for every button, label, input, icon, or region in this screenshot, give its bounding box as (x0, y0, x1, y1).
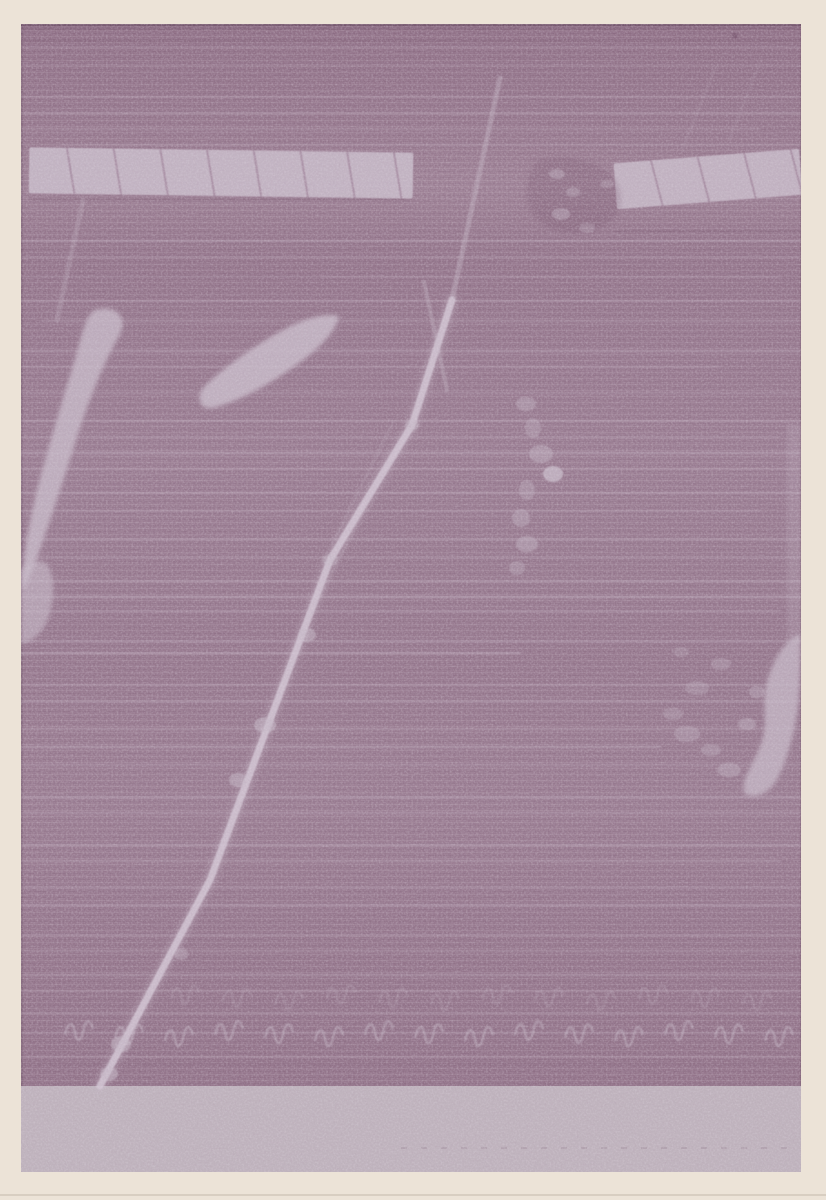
light-streak (21, 652, 521, 654)
light-streak (21, 844, 801, 846)
speckle-dot (552, 208, 570, 220)
speckle-dot (100, 1067, 118, 1081)
dark-streak (21, 28, 801, 30)
diagonal-pole (100, 300, 452, 1086)
dark-streak (21, 40, 801, 42)
walkway-band-top-left (29, 147, 414, 198)
faint-diagonal-segment (424, 282, 447, 390)
speckle-dot (663, 708, 683, 720)
light-streak (21, 64, 801, 66)
light-streak (21, 46, 801, 48)
light-streak (21, 746, 661, 748)
speckle-dot (174, 948, 188, 960)
light-streak (21, 700, 801, 702)
speckle-dot (254, 717, 276, 733)
light-streak (61, 144, 801, 146)
speckle-dot (516, 536, 538, 552)
center-comma-patch (199, 315, 339, 408)
dark-streak (29, 198, 413, 200)
light-streak (21, 610, 781, 612)
faint-diagonal-segment (332, 425, 392, 544)
light-streak (21, 256, 801, 258)
light-streak (21, 452, 801, 454)
light-streak (21, 392, 801, 394)
speckle-dot (516, 397, 536, 411)
faint-diagonal-segment (452, 78, 500, 300)
light-streak (21, 538, 801, 540)
speckle-dot (529, 445, 553, 463)
pole-halo (100, 300, 452, 1086)
light-streak (21, 934, 801, 936)
art-paper (0, 0, 826, 1200)
faint-diagonal-segment (57, 200, 83, 320)
light-streak (21, 276, 781, 278)
art-print (21, 24, 801, 1172)
speckle-dot (674, 726, 700, 742)
speckle-dot (405, 419, 419, 431)
speckle-dot (525, 418, 541, 438)
speckle-dot (579, 223, 595, 233)
right-edge-patch (744, 634, 801, 796)
right-edge-strip (787, 424, 801, 644)
light-streak (21, 96, 801, 98)
light-streak (21, 366, 721, 368)
light-streak (21, 1056, 801, 1058)
speckle-dot (322, 554, 338, 566)
left-arc-patch (23, 309, 123, 592)
speckle-dot (701, 744, 721, 756)
left-tail-patch (21, 561, 53, 644)
light-streak (21, 492, 801, 494)
light-streak (41, 320, 801, 322)
light-streak (21, 112, 801, 114)
faint-diagonal-segment (729, 60, 761, 140)
speckle-dot (111, 1036, 131, 1052)
light-streak (21, 350, 801, 352)
speckle-dot (673, 647, 689, 657)
light-streak (21, 510, 761, 512)
light-streak (21, 860, 781, 862)
speckle-dot (600, 180, 614, 188)
speckle-dot (732, 33, 738, 39)
speckle-dot (711, 658, 731, 670)
light-streak (21, 240, 801, 242)
light-streak (21, 990, 801, 992)
light-streak (21, 640, 801, 642)
speckle-dot (509, 561, 525, 575)
top-dark-mottle (527, 158, 622, 233)
paper-edge-shadow (0, 1194, 826, 1196)
light-streak (21, 420, 801, 422)
light-streak (21, 974, 801, 976)
speckle-dot (229, 773, 247, 787)
speckle-dot (685, 681, 709, 695)
light-streak (21, 904, 801, 906)
speckle-dot (519, 480, 535, 500)
light-streak (21, 1032, 801, 1034)
speckle-dot (543, 466, 563, 482)
light-streak (21, 128, 761, 130)
light-streak (21, 1012, 801, 1014)
light-streak (21, 556, 801, 558)
light-streak (21, 468, 801, 470)
speckle-dot (549, 169, 565, 179)
dark-streak (21, 1062, 801, 1064)
ghost-squiggle-row (171, 985, 771, 1010)
speckle-dot (512, 509, 530, 527)
light-streak (21, 764, 801, 766)
light-streak (21, 436, 781, 438)
light-streak (21, 684, 801, 686)
light-streak (21, 596, 801, 598)
light-streak (21, 796, 801, 798)
speckle-dot (298, 628, 316, 642)
speckle-dot (738, 718, 756, 730)
light-streak (21, 580, 801, 582)
faint-diagonal-segment (312, 494, 372, 614)
light-streak (21, 812, 801, 814)
dark-streak (21, 276, 321, 278)
light-streak (21, 886, 801, 888)
walkway-band-top-right (613, 149, 801, 209)
faint-diagonal-segment (683, 68, 715, 148)
speckle-dot (566, 187, 580, 197)
bottom-lavender-band (21, 1086, 801, 1172)
speckle-dot (749, 686, 765, 698)
speckle-dot (717, 763, 741, 777)
dark-streak (615, 230, 801, 232)
ghost-squiggle-row (65, 1021, 793, 1046)
light-streak (21, 728, 801, 730)
light-streak (21, 300, 801, 302)
light-streak (21, 950, 801, 952)
